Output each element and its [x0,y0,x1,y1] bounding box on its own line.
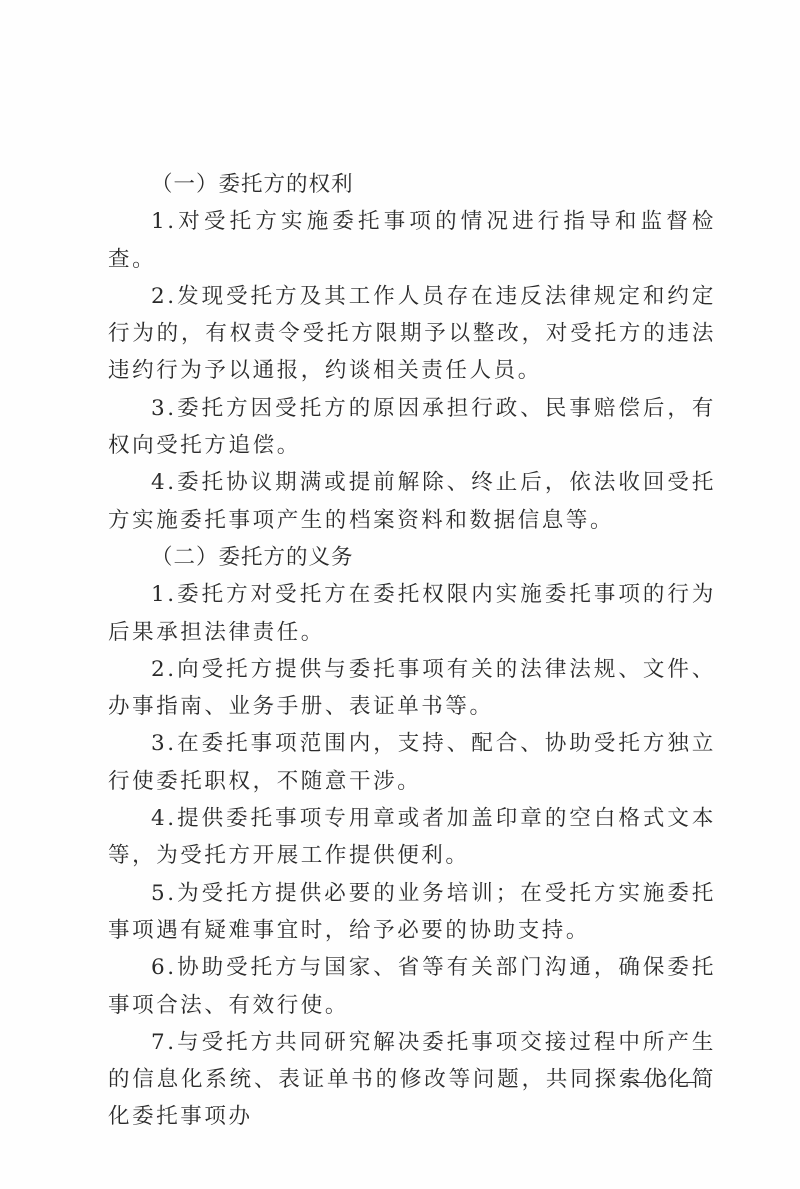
rights-item-3: 3.委托方因受托方的原因承担行政、民事赔偿后，有权向受托方追偿。 [108,390,716,465]
document-page: （一）委托方的权利 1.对受托方实施委托事项的情况进行指导和监督检查。 2.发现… [0,0,800,1189]
obligations-item-2: 2.向受托方提供与委托事项有关的法律法规、文件、办事指南、业务手册、表证单书等。 [108,651,716,726]
obligations-item-6: 6.协助受托方与国家、省等有关部门沟通，确保委托事项合法、有效行使。 [108,949,716,1024]
document-body: （一）委托方的权利 1.对受托方实施委托事项的情况进行指导和监督检查。 2.发现… [108,166,716,1136]
rights-item-2: 2.发现受托方及其工作人员存在违反法律规定和约定行为的，有权责令受托方限期予以整… [108,278,716,390]
page-number: — 3 — [628,1070,698,1093]
obligations-item-3: 3.在委托事项范围内，支持、配合、协助受托方独立行使委托职权，不随意干涉。 [108,725,716,800]
rights-item-1: 1.对受托方实施委托事项的情况进行指导和监督检查。 [108,203,716,278]
obligations-item-1: 1.委托方对受托方在委托权限内实施委托事项的行为后果承担法律责任。 [108,576,716,651]
obligations-item-4: 4.提供委托事项专用章或者加盖印章的空白格式文本等，为受托方开展工作提供便利。 [108,800,716,875]
rights-item-4: 4.委托协议期满或提前解除、终止后，依法收回受托方实施委托事项产生的档案资料和数… [108,464,716,539]
section-heading-obligations: （二）委托方的义务 [108,539,716,576]
obligations-item-7: 7.与受托方共同研究解决委托事项交接过程中所产生的信息化系统、表证单书的修改等问… [108,1024,716,1136]
obligations-item-5: 5.为受托方提供必要的业务培训；在受托方实施委托事项遇有疑难事宜时，给予必要的协… [108,875,716,950]
section-heading-rights: （一）委托方的权利 [108,166,716,203]
